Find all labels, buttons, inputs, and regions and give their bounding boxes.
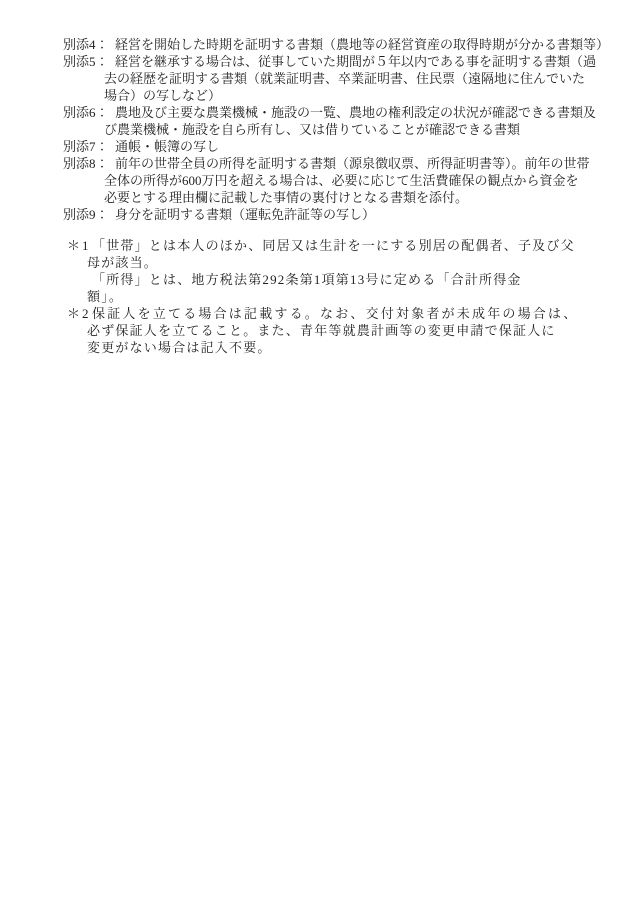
- footnote-line: ＊1「世帯」とは本人のほか、同居又は生計を一にする別居の配偶者、子及び父: [63, 237, 613, 254]
- footnote-text: 額」。: [87, 288, 613, 305]
- footnote-text: 母が該当。: [87, 254, 613, 271]
- attachments-list: 別添4：経営を開始した時期を証明する書類（農地等の経営資産の取得時期が分かる書類…: [63, 36, 613, 223]
- attachment-label: 別添5：: [63, 53, 115, 70]
- attachment-text: 全体の所得が600万円を超える場合は、必要に応じて生活費確保の観点から資金を: [104, 172, 613, 189]
- attachment-item-7: 別添7：通帳・帳簿の写し: [63, 138, 613, 155]
- footnote-text: 保証人を立てる場合は記載する。なお、交付対象者が未成年の場合は、: [92, 306, 578, 321]
- attachment-line: 別添6：農地及び主要な農業機械・施設の一覧、農地の権利設定の状況が確認できる書類…: [63, 104, 613, 121]
- attachment-text: 身分を証明する書類（運転免許証等の写し）: [115, 207, 375, 222]
- attachment-text: 経営を継承する場合は、従事していた期間が５年以内である事を証明する書類（過: [115, 54, 596, 69]
- attachment-line: 別添7：通帳・帳簿の写し: [63, 138, 613, 155]
- attachment-item-8: 別添8：前年の世帯全員の所得を証明する書類（源泉徴収票、所得証明書等）。前年の世…: [63, 155, 613, 206]
- attachment-item-9: 別添9：身分を証明する書類（運転免許証等の写し）: [63, 206, 613, 223]
- attachment-text: 通帳・帳簿の写し: [115, 139, 219, 154]
- attachment-label: 別添7：: [63, 138, 115, 155]
- attachment-label: 別添9：: [63, 206, 115, 223]
- footnote-marker: ＊1: [67, 237, 92, 254]
- attachment-text: び農業機械・施設を自ら所有し、又は借りていることが確認できる書類: [104, 121, 613, 138]
- attachment-label: 別添4：: [63, 36, 115, 53]
- attachment-line: 別添5：経営を継承する場合は、従事していた期間が５年以内である事を証明する書類（…: [63, 53, 613, 70]
- footnote-1: ＊1「世帯」とは本人のほか、同居又は生計を一にする別居の配偶者、子及び父 母が該…: [63, 237, 613, 305]
- attachment-text: 経営を開始した時期を証明する書類（農地等の経営資産の取得時期が分かる書類等）: [115, 37, 609, 52]
- attachment-line: 別添9：身分を証明する書類（運転免許証等の写し）: [63, 206, 613, 223]
- document-content: 別添4：経営を開始した時期を証明する書類（農地等の経営資産の取得時期が分かる書類…: [63, 36, 613, 356]
- footnote-text: 必ず保証人を立てること。また、青年等就農計画等の変更申請で保証人に: [87, 322, 613, 339]
- attachment-item-5: 別添5：経営を継承する場合は、従事していた期間が５年以内である事を証明する書類（…: [63, 53, 613, 104]
- footnote-2: ＊2保証人を立てる場合は記載する。なお、交付対象者が未成年の場合は、 必ず保証人…: [63, 305, 613, 356]
- attachment-line: 別添8：前年の世帯全員の所得を証明する書類（源泉徴収票、所得証明書等）。前年の世…: [63, 155, 613, 172]
- attachment-item-6: 別添6：農地及び主要な農業機械・施設の一覧、農地の権利設定の状況が確認できる書類…: [63, 104, 613, 138]
- attachment-text: 前年の世帯全員の所得を証明する書類（源泉徴収票、所得証明書等）。前年の世帯: [115, 156, 590, 171]
- footnote-text: 「世帯」とは本人のほか、同居又は生計を一にする別居の配偶者、子及び父: [92, 238, 575, 253]
- attachment-item-4: 別添4：経営を開始した時期を証明する書類（農地等の経営資産の取得時期が分かる書類…: [63, 36, 613, 53]
- footnote-line: ＊2保証人を立てる場合は記載する。なお、交付対象者が未成年の場合は、: [63, 305, 613, 322]
- footnotes-section: ＊1「世帯」とは本人のほか、同居又は生計を一にする別居の配偶者、子及び父 母が該…: [63, 237, 613, 356]
- attachment-text: 場合）の写しなど）: [104, 87, 613, 104]
- document-page: 別添4：経営を開始した時期を証明する書類（農地等の経営資産の取得時期が分かる書類…: [0, 0, 630, 903]
- footnote-marker: ＊2: [67, 305, 92, 322]
- attachment-label: 別添8：: [63, 155, 115, 172]
- attachment-text: 農地及び主要な農業機械・施設の一覧、農地の権利設定の状況が確認できる書類及: [115, 105, 596, 120]
- footnote-text: 「所得」とは、地方税法第292条第1項第13号に定める「合計所得金: [92, 271, 613, 288]
- footnote-text: 変更がない場合は記入不要。: [87, 339, 613, 356]
- attachment-label: 別添6：: [63, 104, 115, 121]
- attachment-text: 必要とする理由欄に記載した事情の裏付けとなる書類を添付。: [104, 189, 613, 206]
- attachment-line: 別添4：経営を開始した時期を証明する書類（農地等の経営資産の取得時期が分かる書類…: [63, 36, 613, 53]
- attachment-text: 去の経歴を証明する書類（就業証明書、卒業証明書、住民票（遠隔地に住んでいた: [104, 70, 613, 87]
